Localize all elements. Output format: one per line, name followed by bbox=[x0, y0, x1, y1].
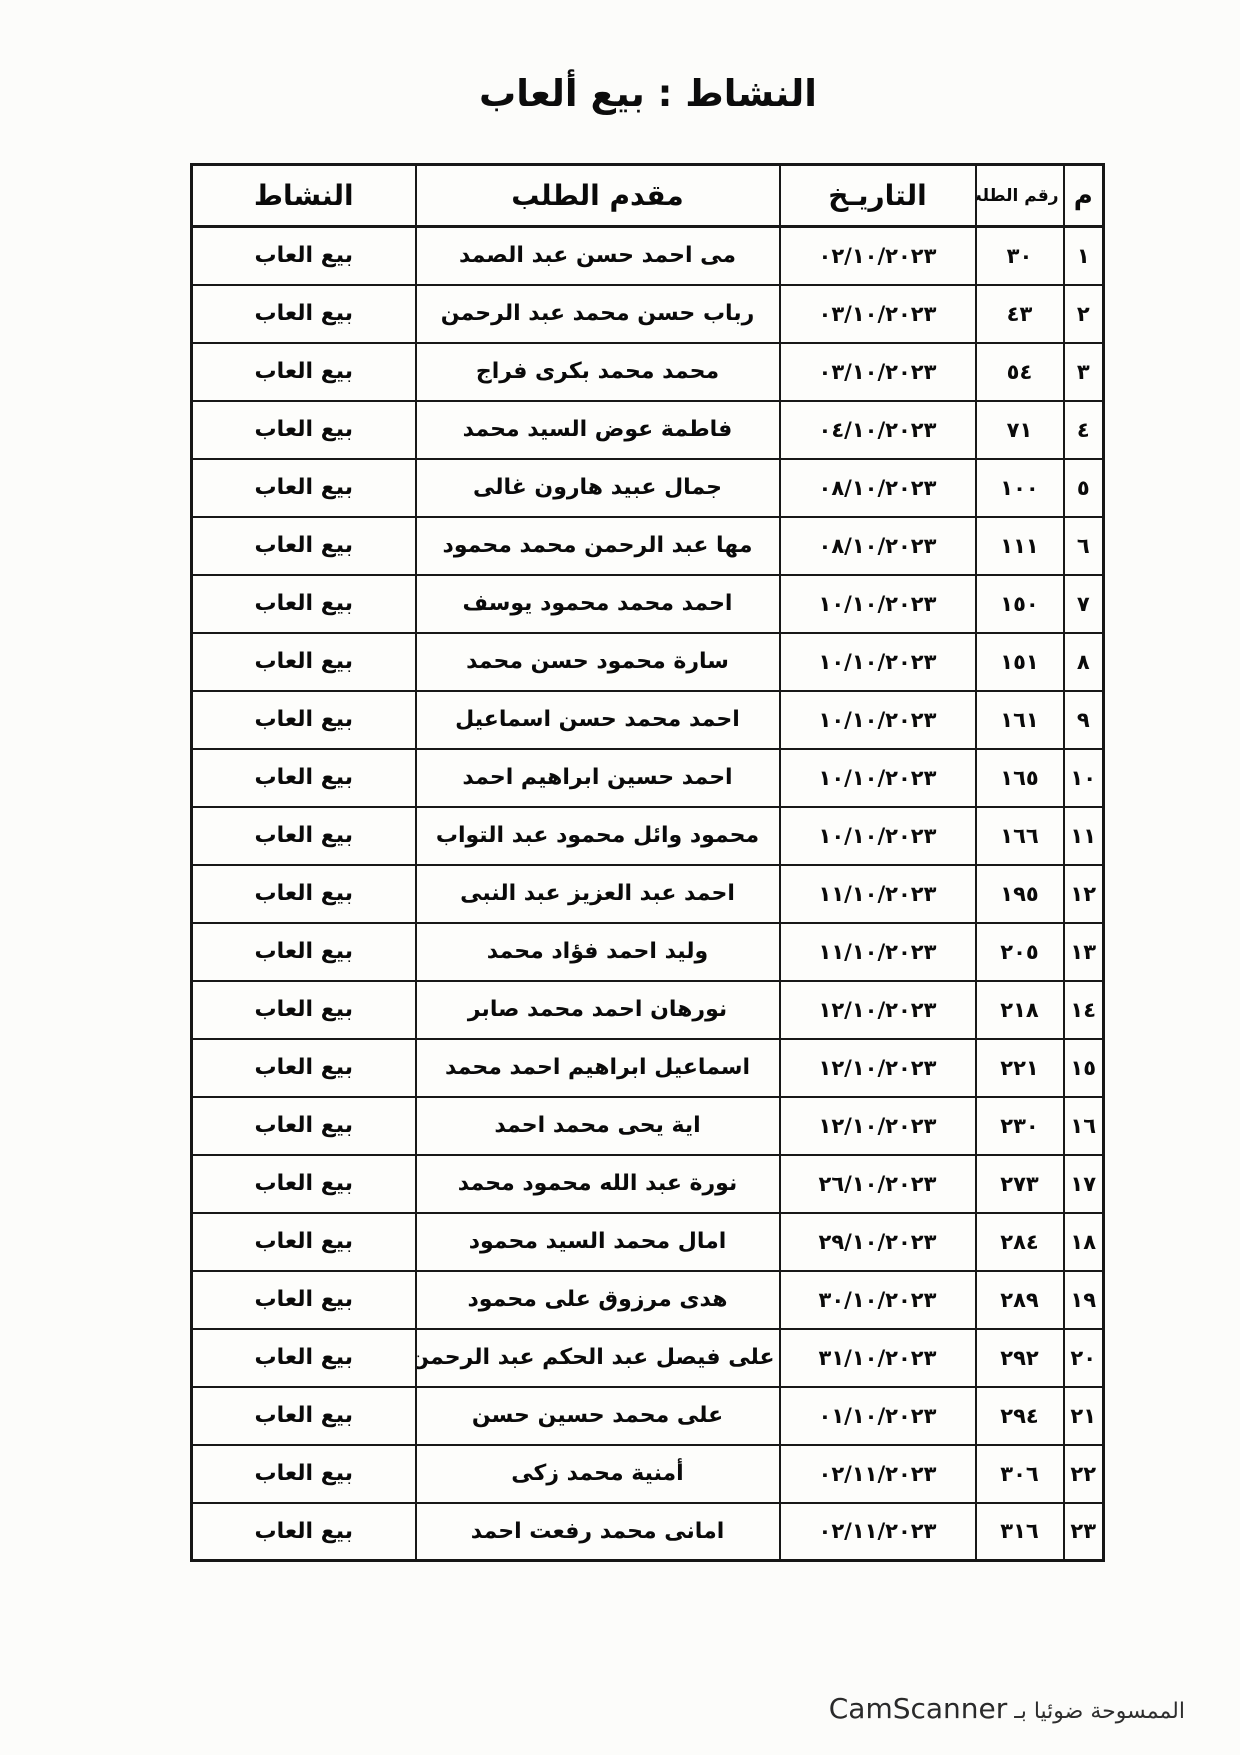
cell-request-number: ٢٩٤ bbox=[976, 1387, 1064, 1445]
cell-activity: بيع العاب bbox=[192, 285, 416, 343]
cell-activity: بيع العاب bbox=[192, 923, 416, 981]
table-header-row: م رقم الطلب التاريـخ مقدم الطلب النشاط bbox=[192, 165, 1104, 227]
cell-applicant: على فيصل عبد الحكم عبد الرحمن bbox=[416, 1329, 780, 1387]
table-row: ١٣ ٢٠٥ ١١/١٠/٢٠٢٣ وليد احمد فؤاد محمد بي… bbox=[192, 923, 1104, 981]
cell-applicant: محمود وائل محمود عبد التواب bbox=[416, 807, 780, 865]
scanned-document-page: النشاط : بيع ألعاب م رقم الطلب التاريـخ … bbox=[0, 0, 1240, 1755]
cell-activity: بيع العاب bbox=[192, 633, 416, 691]
cell-date: ١٠/١٠/٢٠٢٣ bbox=[780, 575, 976, 633]
cell-activity: بيع العاب bbox=[192, 459, 416, 517]
cell-date: ٠٣/١٠/٢٠٢٣ bbox=[780, 343, 976, 401]
cell-request-number: ٣٠٦ bbox=[976, 1445, 1064, 1503]
table-row: ١٧ ٢٧٣ ٢٦/١٠/٢٠٢٣ نورة عبد الله محمود مح… bbox=[192, 1155, 1104, 1213]
cell-index: ٧ bbox=[1064, 575, 1104, 633]
cell-date: ٢٩/١٠/٢٠٢٣ bbox=[780, 1213, 976, 1271]
cell-index: ١٠ bbox=[1064, 749, 1104, 807]
cell-applicant: امانى محمد رفعت احمد bbox=[416, 1503, 780, 1561]
cell-request-number: ١٥١ bbox=[976, 633, 1064, 691]
cell-index: ٩ bbox=[1064, 691, 1104, 749]
cell-activity: بيع العاب bbox=[192, 981, 416, 1039]
cell-activity: بيع العاب bbox=[192, 1155, 416, 1213]
cell-date: ٠٨/١٠/٢٠٢٣ bbox=[780, 517, 976, 575]
cell-activity: بيع العاب bbox=[192, 401, 416, 459]
cell-activity: بيع العاب bbox=[192, 575, 416, 633]
table-row: ٤ ٧١ ٠٤/١٠/٢٠٢٣ فاطمة عوض السيد محمد بيع… bbox=[192, 401, 1104, 459]
cell-date: ١٠/١٠/٢٠٢٣ bbox=[780, 749, 976, 807]
cell-index: ٢٢ bbox=[1064, 1445, 1104, 1503]
footer-camscanner-text: CamScanner bbox=[829, 1692, 1008, 1725]
cell-index: ٣ bbox=[1064, 343, 1104, 401]
cell-applicant: جمال عبيد هارون غالى bbox=[416, 459, 780, 517]
cell-activity: بيع العاب bbox=[192, 807, 416, 865]
cell-applicant: وليد احمد فؤاد محمد bbox=[416, 923, 780, 981]
cell-request-number: ٣٠ bbox=[976, 227, 1064, 285]
cell-applicant: مها عبد الرحمن محمد محمود bbox=[416, 517, 780, 575]
cell-date: ٢٦/١٠/٢٠٢٣ bbox=[780, 1155, 976, 1213]
cell-applicant: هدى مرزوق على محمود bbox=[416, 1271, 780, 1329]
cell-date: ١١/١٠/٢٠٢٣ bbox=[780, 865, 976, 923]
cell-date: ١٠/١٠/٢٠٢٣ bbox=[780, 691, 976, 749]
cell-activity: بيع العاب bbox=[192, 1387, 416, 1445]
cell-date: ١٢/١٠/٢٠٢٣ bbox=[780, 1097, 976, 1155]
table-row: ١٩ ٢٨٩ ٣٠/١٠/٢٠٢٣ هدى مرزوق على محمود بي… bbox=[192, 1271, 1104, 1329]
header-index: م bbox=[1064, 165, 1104, 227]
cell-applicant: مى احمد حسن عبد الصمد bbox=[416, 227, 780, 285]
table-row: ١٠ ١٦٥ ١٠/١٠/٢٠٢٣ احمد حسين ابراهيم احمد… bbox=[192, 749, 1104, 807]
cell-request-number: ٢٣٠ bbox=[976, 1097, 1064, 1155]
cell-applicant: نورهان احمد محمد صابر bbox=[416, 981, 780, 1039]
cell-index: ٤ bbox=[1064, 401, 1104, 459]
cell-index: ١١ bbox=[1064, 807, 1104, 865]
cell-activity: بيع العاب bbox=[192, 1097, 416, 1155]
table-row: ٩ ١٦١ ١٠/١٠/٢٠٢٣ احمد محمد حسن اسماعيل ب… bbox=[192, 691, 1104, 749]
cell-applicant: احمد محمد محمود يوسف bbox=[416, 575, 780, 633]
table-row: ١٢ ١٩٥ ١١/١٠/٢٠٢٣ احمد عبد العزيز عبد ال… bbox=[192, 865, 1104, 923]
cell-index: ١ bbox=[1064, 227, 1104, 285]
table-row: ٧ ١٥٠ ١٠/١٠/٢٠٢٣ احمد محمد محمود يوسف بي… bbox=[192, 575, 1104, 633]
cell-date: ٠٨/١٠/٢٠٢٣ bbox=[780, 459, 976, 517]
cell-index: ١٩ bbox=[1064, 1271, 1104, 1329]
cell-activity: بيع العاب bbox=[192, 865, 416, 923]
table-header: م رقم الطلب التاريـخ مقدم الطلب النشاط bbox=[192, 165, 1104, 227]
table-row: ٣ ٥٤ ٠٣/١٠/٢٠٢٣ محمد محمد بكرى فراج بيع … bbox=[192, 343, 1104, 401]
cell-applicant: اسماعيل ابراهيم احمد محمد bbox=[416, 1039, 780, 1097]
cell-request-number: ١٥٠ bbox=[976, 575, 1064, 633]
page-title: النشاط : بيع ألعاب bbox=[192, 72, 1104, 115]
cell-date: ٠٣/١٠/٢٠٢٣ bbox=[780, 285, 976, 343]
footer-arabic-text: الممسوحة ضوئيا بـ bbox=[1014, 1699, 1185, 1724]
cell-request-number: ١٩٥ bbox=[976, 865, 1064, 923]
table-row: ٦ ١١١ ٠٨/١٠/٢٠٢٣ مها عبد الرحمن محمد محم… bbox=[192, 517, 1104, 575]
cell-applicant: أمنية محمد زكى bbox=[416, 1445, 780, 1503]
cell-date: ١٠/١٠/٢٠٢٣ bbox=[780, 807, 976, 865]
table-row: ٢١ ٢٩٤ ٠١/١٠/٢٠٢٣ على محمد حسين حسن بيع … bbox=[192, 1387, 1104, 1445]
cell-applicant: على محمد حسين حسن bbox=[416, 1387, 780, 1445]
cell-request-number: ٧١ bbox=[976, 401, 1064, 459]
table-row: ١٨ ٢٨٤ ٢٩/١٠/٢٠٢٣ امال محمد السيد محمود … bbox=[192, 1213, 1104, 1271]
cell-applicant: امال محمد السيد محمود bbox=[416, 1213, 780, 1271]
cell-request-number: ٢٢١ bbox=[976, 1039, 1064, 1097]
cell-request-number: ٢٩٢ bbox=[976, 1329, 1064, 1387]
header-applicant: مقدم الطلب bbox=[416, 165, 780, 227]
cell-request-number: ١١١ bbox=[976, 517, 1064, 575]
cell-request-number: ٣١٦ bbox=[976, 1503, 1064, 1561]
table-row: ٢٠ ٢٩٢ ٣١/١٠/٢٠٢٣ على فيصل عبد الحكم عبد… bbox=[192, 1329, 1104, 1387]
cell-activity: بيع العاب bbox=[192, 691, 416, 749]
cell-applicant: فاطمة عوض السيد محمد bbox=[416, 401, 780, 459]
cell-date: ٠٢/١٠/٢٠٢٣ bbox=[780, 227, 976, 285]
cell-applicant: نورة عبد الله محمود محمد bbox=[416, 1155, 780, 1213]
table-row: ٥ ١٠٠ ٠٨/١٠/٢٠٢٣ جمال عبيد هارون غالى بي… bbox=[192, 459, 1104, 517]
header-date: التاريـخ bbox=[780, 165, 976, 227]
cell-activity: بيع العاب bbox=[192, 749, 416, 807]
cell-date: ١٢/١٠/٢٠٢٣ bbox=[780, 981, 976, 1039]
cell-applicant: احمد محمد حسن اسماعيل bbox=[416, 691, 780, 749]
cell-activity: بيع العاب bbox=[192, 1445, 416, 1503]
cell-request-number: ٢٨٩ bbox=[976, 1271, 1064, 1329]
cell-request-number: ١٦٥ bbox=[976, 749, 1064, 807]
cell-index: ١٥ bbox=[1064, 1039, 1104, 1097]
cell-index: ١٢ bbox=[1064, 865, 1104, 923]
table-row: ٨ ١٥١ ١٠/١٠/٢٠٢٣ سارة محمود حسن محمد بيع… bbox=[192, 633, 1104, 691]
cell-request-number: ١٦٦ bbox=[976, 807, 1064, 865]
cell-activity: بيع العاب bbox=[192, 1039, 416, 1097]
cell-date: ١١/١٠/٢٠٢٣ bbox=[780, 923, 976, 981]
cell-request-number: ٢٧٣ bbox=[976, 1155, 1064, 1213]
cell-date: ٣١/١٠/٢٠٢٣ bbox=[780, 1329, 976, 1387]
table-row: ٢٢ ٣٠٦ ٠٢/١١/٢٠٢٣ أمنية محمد زكى بيع الع… bbox=[192, 1445, 1104, 1503]
cell-applicant: سارة محمود حسن محمد bbox=[416, 633, 780, 691]
cell-date: ٠٢/١١/٢٠٢٣ bbox=[780, 1503, 976, 1561]
cell-activity: بيع العاب bbox=[192, 1213, 416, 1271]
cell-index: ٢ bbox=[1064, 285, 1104, 343]
cell-activity: بيع العاب bbox=[192, 517, 416, 575]
cell-request-number: ١٦١ bbox=[976, 691, 1064, 749]
cell-request-number: ١٠٠ bbox=[976, 459, 1064, 517]
cell-index: ٢١ bbox=[1064, 1387, 1104, 1445]
table-body: ١ ٣٠ ٠٢/١٠/٢٠٢٣ مى احمد حسن عبد الصمد بي… bbox=[192, 227, 1104, 1561]
cell-index: ١٨ bbox=[1064, 1213, 1104, 1271]
cell-activity: بيع العاب bbox=[192, 1503, 416, 1561]
header-activity: النشاط bbox=[192, 165, 416, 227]
cell-index: ٨ bbox=[1064, 633, 1104, 691]
cell-request-number: ٤٣ bbox=[976, 285, 1064, 343]
table-row: ١٤ ٢١٨ ١٢/١٠/٢٠٢٣ نورهان احمد محمد صابر … bbox=[192, 981, 1104, 1039]
cell-index: ١٦ bbox=[1064, 1097, 1104, 1155]
table-row: ١٦ ٢٣٠ ١٢/١٠/٢٠٢٣ اية يحى محمد احمد بيع … bbox=[192, 1097, 1104, 1155]
cell-date: ١٠/١٠/٢٠٢٣ bbox=[780, 633, 976, 691]
cell-date: ٣٠/١٠/٢٠٢٣ bbox=[780, 1271, 976, 1329]
cell-applicant: احمد حسين ابراهيم احمد bbox=[416, 749, 780, 807]
cell-date: ٠١/١٠/٢٠٢٣ bbox=[780, 1387, 976, 1445]
cell-applicant: اية يحى محمد احمد bbox=[416, 1097, 780, 1155]
table-row: ٢٣ ٣١٦ ٠٢/١١/٢٠٢٣ امانى محمد رفعت احمد ب… bbox=[192, 1503, 1104, 1561]
cell-applicant: رباب حسن محمد عبد الرحمن bbox=[416, 285, 780, 343]
table-row: ١٥ ٢٢١ ١٢/١٠/٢٠٢٣ اسماعيل ابراهيم احمد م… bbox=[192, 1039, 1104, 1097]
cell-index: ٢٣ bbox=[1064, 1503, 1104, 1561]
requests-table: م رقم الطلب التاريـخ مقدم الطلب النشاط ١… bbox=[190, 163, 1105, 1562]
cell-index: ١٧ bbox=[1064, 1155, 1104, 1213]
cell-date: ٠٢/١١/٢٠٢٣ bbox=[780, 1445, 976, 1503]
cell-applicant: احمد عبد العزيز عبد النبى bbox=[416, 865, 780, 923]
header-request-number: رقم الطلب bbox=[976, 165, 1064, 227]
cell-index: ١٣ bbox=[1064, 923, 1104, 981]
cell-request-number: ٢٨٤ bbox=[976, 1213, 1064, 1271]
cell-index: ٦ bbox=[1064, 517, 1104, 575]
cell-activity: بيع العاب bbox=[192, 343, 416, 401]
table-row: ٢ ٤٣ ٠٣/١٠/٢٠٢٣ رباب حسن محمد عبد الرحمن… bbox=[192, 285, 1104, 343]
table-row: ١١ ١٦٦ ١٠/١٠/٢٠٢٣ محمود وائل محمود عبد ا… bbox=[192, 807, 1104, 865]
cell-index: ٢٠ bbox=[1064, 1329, 1104, 1387]
cell-activity: بيع العاب bbox=[192, 1329, 416, 1387]
cell-activity: بيع العاب bbox=[192, 227, 416, 285]
cell-activity: بيع العاب bbox=[192, 1271, 416, 1329]
cell-applicant: محمد محمد بكرى فراج bbox=[416, 343, 780, 401]
cell-index: ٥ bbox=[1064, 459, 1104, 517]
cell-date: ١٢/١٠/٢٠٢٣ bbox=[780, 1039, 976, 1097]
cell-index: ١٤ bbox=[1064, 981, 1104, 1039]
cell-request-number: ٢٠٥ bbox=[976, 923, 1064, 981]
camscanner-footer: الممسوحة ضوئيا بـ CamScanner bbox=[829, 1692, 1185, 1725]
cell-request-number: ٥٤ bbox=[976, 343, 1064, 401]
cell-date: ٠٤/١٠/٢٠٢٣ bbox=[780, 401, 976, 459]
table-row: ١ ٣٠ ٠٢/١٠/٢٠٢٣ مى احمد حسن عبد الصمد بي… bbox=[192, 227, 1104, 285]
cell-request-number: ٢١٨ bbox=[976, 981, 1064, 1039]
